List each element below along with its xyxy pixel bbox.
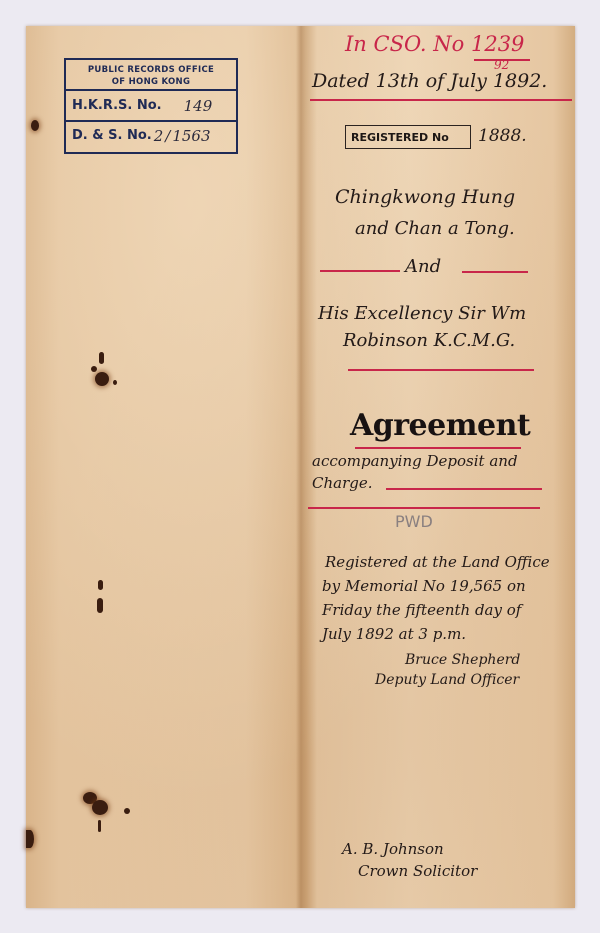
party2-underline (348, 369, 534, 371)
subtitle-line2: Charge. (312, 474, 373, 492)
ink-stain (99, 352, 104, 364)
officer-title: Deputy Land Officer (375, 672, 519, 688)
document-title: Agreement (350, 408, 530, 443)
ink-stain (97, 598, 103, 613)
ink-stain (95, 372, 109, 386)
ink-stain (31, 120, 39, 131)
ds-value-1: 2 (154, 127, 164, 145)
and-rule-left (320, 270, 400, 272)
pencil-mark: PWD (395, 512, 433, 531)
ink-stain (91, 366, 97, 372)
registration-line3: Friday the fifteenth day of (322, 601, 521, 619)
hkrs-value: 149 (184, 97, 213, 115)
solicitor-title: Crown Solicitor (358, 862, 477, 880)
ds-value-2: 1563 (165, 127, 210, 145)
registered-number: 1888. (478, 126, 527, 146)
center-fold (296, 26, 306, 908)
ink-stain (113, 380, 117, 385)
records-office-stamp: PUBLIC RECORDS OFFICE OF HONG KONG H.K.R… (64, 58, 238, 154)
and-rule-right (462, 271, 528, 273)
registration-line1: Registered at the Land Office (325, 553, 550, 571)
ink-stain (26, 830, 34, 848)
section-divider (308, 507, 540, 509)
stamp-heading-line2: OF HONG KONG (66, 76, 236, 88)
registration-line2: by Memorial No 19,565 on (322, 577, 526, 595)
party1-line1: Chingkwong Hung (335, 186, 515, 208)
ink-stain (124, 808, 130, 814)
ink-stain (98, 820, 101, 832)
registration-line4: July 1892 at 3 p.m. (322, 625, 466, 643)
and-separator: And (405, 256, 441, 277)
dated-line: Dated 13th of July 1892. (312, 70, 547, 92)
stamp-heading-line1: PUBLIC RECORDS OFFICE (66, 64, 236, 76)
registered-box: REGISTERED No (345, 125, 471, 149)
title-underline (355, 447, 521, 449)
hkrs-label: H.K.R.S. No. (72, 98, 162, 113)
stamp-ds-row: D. & S. No. 2 1563 (66, 120, 236, 149)
cso-reference: In CSO. No 1239 (345, 32, 524, 56)
dated-underline (310, 99, 572, 101)
ds-label: D. & S. No. (72, 128, 152, 143)
ink-stain (92, 800, 108, 815)
party1-line2: and Chan a Tong. (355, 218, 515, 239)
subtitle-rule (386, 488, 542, 490)
subtitle-line1: accompanying Deposit and (312, 452, 518, 470)
stamp-hkrs-row: H.K.R.S. No. 149 (66, 91, 236, 120)
officer-signature: Bruce Shepherd (405, 652, 520, 668)
registered-label: REGISTERED No (351, 131, 449, 144)
party2-line1: His Excellency Sir Wm (318, 303, 526, 324)
solicitor-name: A. B. Johnson (342, 840, 444, 858)
stamp-heading: PUBLIC RECORDS OFFICE OF HONG KONG (66, 60, 236, 91)
ink-stain (98, 580, 103, 590)
party2-line2: Robinson K.C.M.G. (343, 330, 515, 351)
